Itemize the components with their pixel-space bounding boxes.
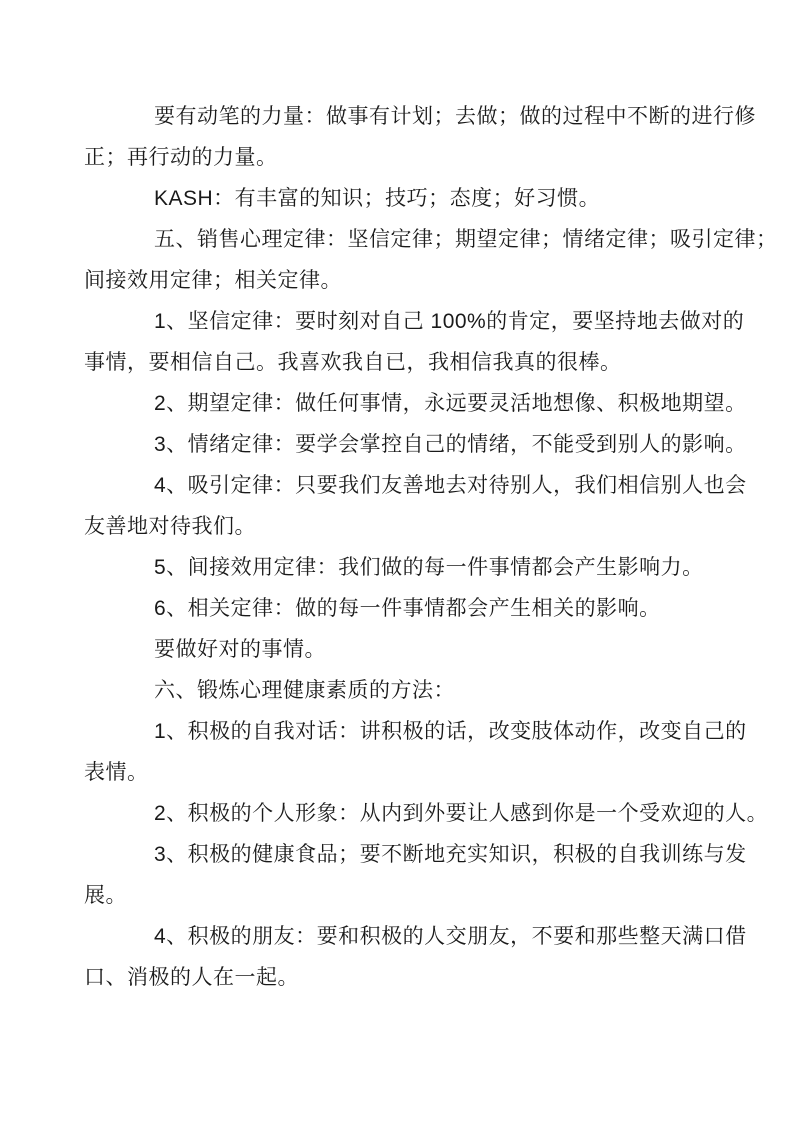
text-line: 五、销售心理定律：坚信定律；期望定律；情绪定律；吸引定律； bbox=[84, 219, 711, 260]
text-line: 2、期望定律：做任何事情，永远要灵活地想像、积极地期望。 bbox=[84, 383, 711, 424]
text-line: 间接效用定律；相关定律。 bbox=[84, 260, 711, 301]
text-line: KASH：有丰富的知识；技巧；态度；好习惯。 bbox=[84, 178, 711, 219]
document-page: 要有动笔的力量：做事有计划；去做；做的过程中不断的进行修正；再行动的力量。KAS… bbox=[0, 0, 793, 1122]
text-line: 1、坚信定律：要时刻对自己 100%的肯定，要坚持地去做对的 bbox=[84, 301, 711, 342]
text-line: 友善地对待我们。 bbox=[84, 506, 711, 547]
text-line: 4、吸引定律：只要我们友善地去对待别人，我们相信别人也会 bbox=[84, 465, 711, 506]
text-line: 6、相关定律：做的每一件事情都会产生相关的影响。 bbox=[84, 588, 711, 629]
text-line: 展。 bbox=[84, 875, 711, 916]
text-line: 3、情绪定律：要学会掌控自己的情绪，不能受到别人的影响。 bbox=[84, 424, 711, 465]
text-line: 3、积极的健康食品；要不断地充实知识，积极的自我训练与发 bbox=[84, 834, 711, 875]
text-line: 事情，要相信自己。我喜欢我自已，我相信我真的很棒。 bbox=[84, 342, 711, 383]
text-line: 口、消极的人在一起。 bbox=[84, 957, 711, 998]
text-line: 5、间接效用定律：我们做的每一件事情都会产生影响力。 bbox=[84, 547, 711, 588]
text-line: 表情。 bbox=[84, 752, 711, 793]
document-text-block: 要有动笔的力量：做事有计划；去做；做的过程中不断的进行修正；再行动的力量。KAS… bbox=[84, 96, 711, 998]
text-line: 2、积极的个人形象：从内到外要让人感到你是一个受欢迎的人。 bbox=[84, 793, 711, 834]
text-line: 要做好对的事情。 bbox=[84, 629, 711, 670]
text-line: 要有动笔的力量：做事有计划；去做；做的过程中不断的进行修 bbox=[84, 96, 711, 137]
text-line: 1、积极的自我对话：讲积极的话，改变肢体动作，改变自己的 bbox=[84, 711, 711, 752]
text-line: 六、锻炼心理健康素质的方法： bbox=[84, 670, 711, 711]
text-line: 正；再行动的力量。 bbox=[84, 137, 711, 178]
text-line: 4、积极的朋友：要和积极的人交朋友，不要和那些整天满口借 bbox=[84, 916, 711, 957]
